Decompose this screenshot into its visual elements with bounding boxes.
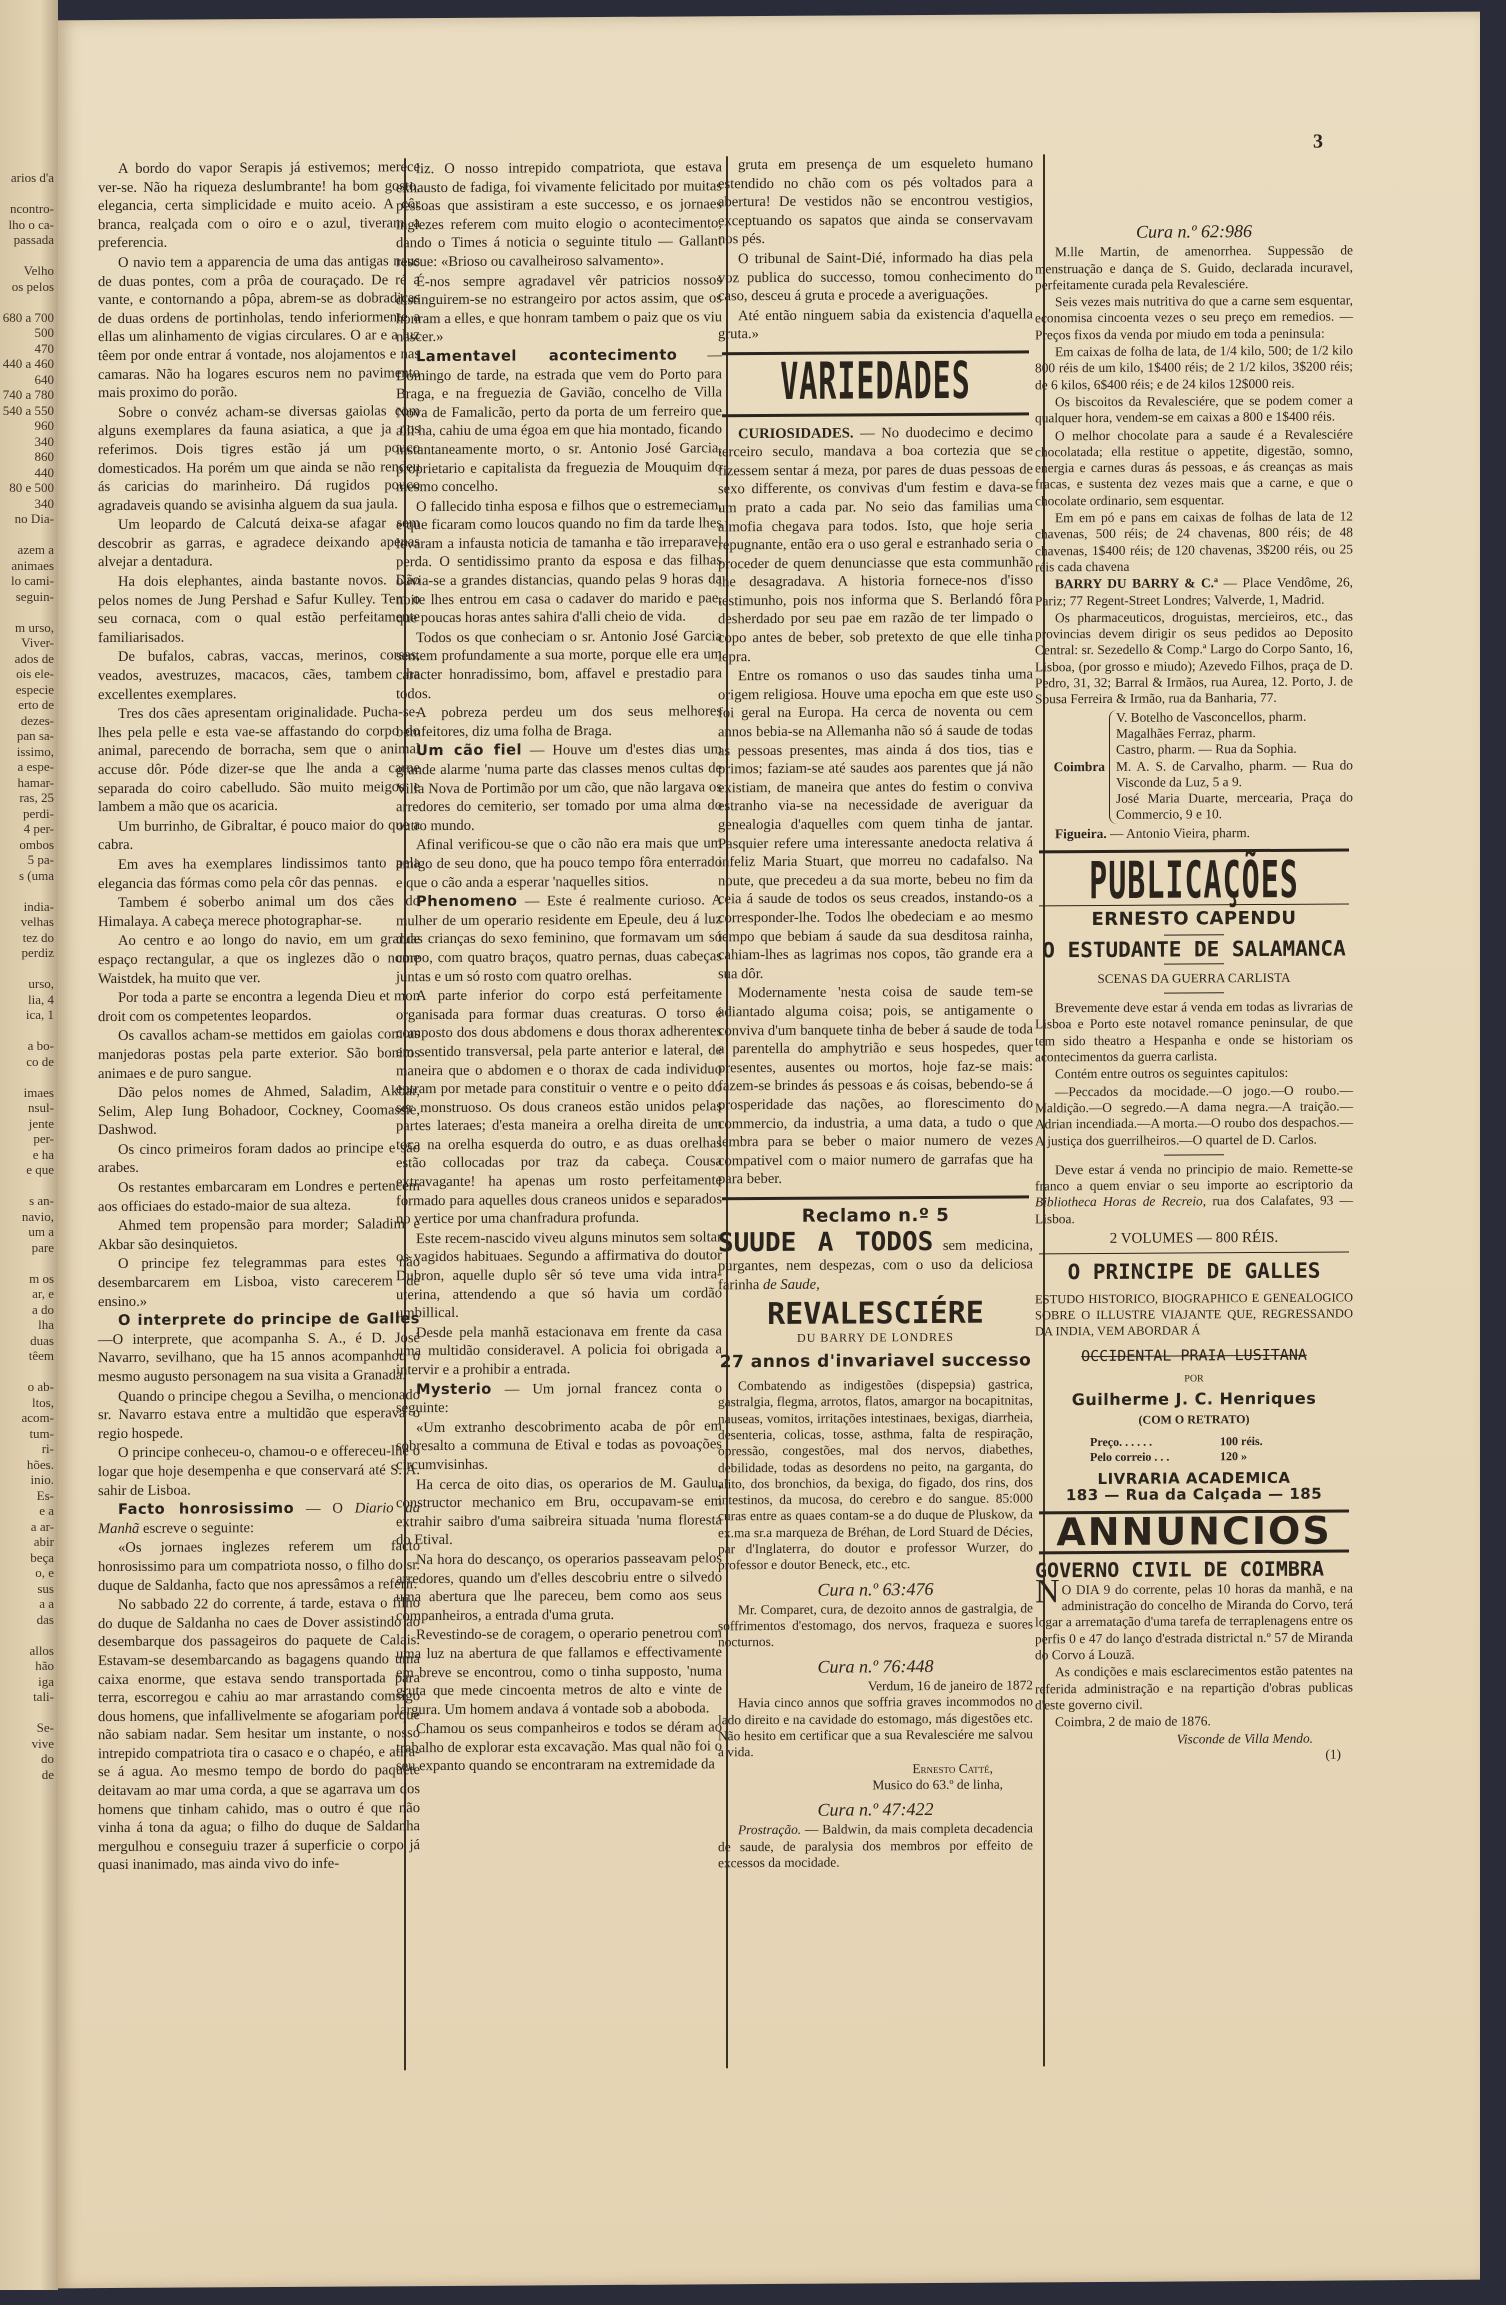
paragraph: Sobre o convéz acham-se diversas gaiolas… <box>98 402 420 516</box>
paragraph: Ha dois elephantes, ainda bastante novos… <box>98 571 420 647</box>
paragraph: «Os jornaes inglezes referem um facto ho… <box>98 1537 420 1595</box>
paragraph: Quando o principe chegou a Sevilha, o me… <box>98 1386 420 1444</box>
annuncio-date: Coimbra, 2 de maio de 1876. <box>1035 1713 1353 1731</box>
principe-desc: ESTUDO HISTORICO, BIOGRAPHICO E GENEALOG… <box>1035 1289 1353 1340</box>
paragraph: Modernamente 'nesta coisa de saude tem-s… <box>718 983 1033 1189</box>
paragraph: O navio tem a apparencia de uma das anti… <box>98 252 420 403</box>
publicacoes-title: PUBLICAÇÕES <box>1035 868 1353 898</box>
pharmaceuticos-text: Os pharmaceuticos, droguistas, mercieiro… <box>1035 608 1353 708</box>
paragraph: Os cavallos acham-se mettidos em gaiolas… <box>98 1025 420 1083</box>
paragraph: Os biscoitos da Revalesciére, que se pod… <box>1035 392 1353 427</box>
brand-subtitle: DU BARRY DE LONDRES <box>718 1327 1033 1348</box>
figueira-entry: Figueira. — Antonio Vieira, pharm. <box>1035 824 1353 842</box>
paragraph: Ha cerca de oito dias, os operarios de M… <box>396 1474 722 1550</box>
facto-article: Facto honrosissimo — O Diario da Manhã e… <box>98 1499 420 1538</box>
paragraph: Revestindo-se de coragem, o operario pen… <box>396 1625 722 1720</box>
paragraph: O fallecido tinha esposa e filhos que o … <box>396 496 722 628</box>
column-2: liz. O nosso intrepido compatriota, que … <box>396 158 722 1777</box>
column-4: Cura n.º 62:986 M.lle Martin, de amenorr… <box>1035 222 1353 1764</box>
paragraph: Os cinco primeiros foram dados ao princi… <box>98 1139 420 1178</box>
variedades-title: VARIEDADES <box>718 367 1033 401</box>
principe-title: O PRINCIPE DE GALLES <box>1035 1263 1353 1281</box>
paragraph: Em caixas de folha de lata, de 1/4 kilo,… <box>1035 343 1353 394</box>
paragraph: Entre os romanos o uso das saudes tinha … <box>718 666 1033 984</box>
page-number: 3 <box>1313 131 1323 154</box>
paragraph: A bordo do vapor Serapis já estivemos; m… <box>98 158 420 253</box>
column-3: gruta em presença de um esqueleto humano… <box>718 154 1033 1872</box>
paragraph: Seis vezes mais nutritiva do que a carne… <box>1035 293 1353 344</box>
paragraph: «Um extranho descobrimento acaba de pôr … <box>396 1417 722 1475</box>
paragraph: Tambem é soberbo animal um dos cães do H… <box>98 892 420 931</box>
interprete-article: O interprete do principe de Galles—O int… <box>98 1310 420 1386</box>
paragraph: O melhor chocolate para a saude é a Reva… <box>1035 426 1353 509</box>
pharmacy-entry: M. A. S. de Carvalho, pharm. — Rua do Vi… <box>1116 757 1353 791</box>
paragraph: Tres dos cães apresentam originalidade. … <box>98 703 420 817</box>
cao-fiel-heading: Um cão fiel <box>416 742 522 760</box>
paragraph: A parte inferior do corpo está perfeitam… <box>396 985 722 1229</box>
paragraph: Na hora do descanço, os operarios passea… <box>396 1549 722 1625</box>
curiosidades-article: CURIOSIDADES. — No duodecimo e decimo te… <box>718 423 1033 667</box>
lamentavel-article: Lamentavel acontecimento — Domingo de ta… <box>396 346 722 497</box>
paragraph: gruta em presença de um esqueleto humano… <box>718 154 1033 249</box>
lamentavel-heading: Lamentavel acontecimento <box>416 346 677 365</box>
paragraph: No sabbado 22 do corrente, á tarde, esta… <box>98 1594 420 1875</box>
book-author: ERNESTO CAPENDU <box>1035 911 1353 929</box>
paragraph: Por toda a parte se encontra a legenda D… <box>98 987 420 1026</box>
paragraph: Em aves ha exemplares lindissimos tanto … <box>98 854 420 893</box>
barry-address: BARRY DU BARRY & C.ª — Place Vendôme, 26… <box>1035 575 1353 610</box>
cao-fiel-article: Um cão fiel — Houve um d'estes dias um g… <box>396 741 722 836</box>
paragraph: De bufalos, cabras, vaccas, merinos, cor… <box>98 647 420 705</box>
divider <box>722 1195 1029 1200</box>
cure-62-title: Cura n.º 62:986 <box>1035 222 1353 240</box>
paragraph: Um burrinho, de Gibraltar, é pouco maior… <box>98 816 420 855</box>
principe-place: OCCIDENTAL PRAIA LUSITANA <box>1035 1346 1353 1364</box>
cure-title: Cura n.º 76:448 <box>718 1657 1033 1675</box>
phenomeno-article: Phenomeno — Este é realmente curioso. A … <box>396 891 722 986</box>
pharmacy-entry: Castro, pharm. — Rua da Sophia. <box>1116 741 1353 759</box>
cure-title: Cura n.º 47:422 <box>718 1801 1033 1819</box>
paragraph: Todos os que conheciam o sr. Antonio Jos… <box>396 627 722 703</box>
paragraph: Este recem-nascido viveu alguns minutos … <box>396 1228 722 1323</box>
cure-text: Prostração. — Baldwin, da mais completa … <box>718 1821 1033 1872</box>
paragraph: Até então ninguem sabia da existencia d'… <box>718 305 1033 344</box>
mysterio-article: Mysterio — Um jornal francez conta o seg… <box>396 1379 722 1418</box>
previous-page-edge: arios d'a ncontro- lho o ca- passada Vel… <box>0 0 58 2290</box>
interprete-heading: O interprete do principe de Galles <box>118 1310 420 1329</box>
paragraph: O tribunal de Saint-Dié, informado ha di… <box>718 248 1033 306</box>
paragraph: Em em pó e pans em caixas de folhas de l… <box>1035 508 1353 575</box>
reclamo-title: Reclamo n.º 5 <box>718 1206 1033 1227</box>
book-subtitle: SCENAS DA GUERRA CARLISTA <box>1035 969 1353 987</box>
price-row: Pelo correio . . .120 » <box>1090 1448 1353 1465</box>
annuncio-text: NO DIA 9 do corrente, pelas 10 horas da … <box>1035 1580 1353 1663</box>
column-1: A bordo do vapor Serapis já estivemos; m… <box>98 158 420 1876</box>
governo-civil-heading: GOVERNO CIVIL DE COIMBRA <box>1035 1560 1353 1578</box>
previous-page-fragments: arios d'a ncontro- lho o ca- passada Vel… <box>3 170 54 1782</box>
reclamo-headline: SUUDE A TODOS sem medicina, purgantes, n… <box>718 1233 1033 1295</box>
publisher-address: 183 — Rua da Calçada — 185 <box>1035 1485 1353 1503</box>
paragraph: O principe fez telegrammas para estes nã… <box>98 1254 420 1312</box>
paragraph: Desde pela manhã estacionava em frente d… <box>396 1322 722 1380</box>
brand-tagline: 27 annos d'invariavel successo <box>718 1352 1033 1373</box>
paragraph: Dão pelos nomes de Ahmed, Saladim, Akbar… <box>98 1082 420 1140</box>
revalesciere-body: Combatendo as indigestões (dispepsia) ga… <box>718 1376 1033 1573</box>
price-row: Preço. . . . . .100 réis. <box>1090 1433 1353 1450</box>
paragraph: liz. O nosso intrepido compatriota, que … <box>396 158 722 272</box>
divider <box>722 412 1029 417</box>
paragraph: Chamou os seus companheiros e todos se d… <box>396 1719 722 1777</box>
phenomeno-heading: Phenomeno <box>416 893 517 911</box>
pharmacy-entry: V. Botelho de Vasconcellos, pharm. <box>1116 708 1353 726</box>
book-title: O ESTUDANTE DE SALAMANCA <box>1035 940 1353 958</box>
revalesciere-brand: REVALESCIÉRE <box>718 1305 1033 1326</box>
cure-title: Cura n.º 63:476 <box>718 1580 1033 1598</box>
paragraph: Ao centro e ao longo do navio, em um gra… <box>98 930 420 988</box>
paragraph: Um leopardo de Calcutá deixa-se afagar s… <box>98 514 420 572</box>
cure-text: Havia cinco annos que soffria graves inc… <box>718 1694 1033 1761</box>
paragraph: É-nos sempre agradavel vêr patricios nos… <box>396 271 722 347</box>
coimbra-list: Coimbra V. Botelho de Vasconcellos, phar… <box>1035 708 1353 824</box>
principe-author: Guilherme J. C. Henriques <box>1035 1391 1353 1409</box>
annuncios-title: ANNUNCIOS <box>1035 1523 1353 1541</box>
serapis-article: A bordo do vapor Serapis já estivemos; m… <box>98 158 420 1311</box>
paragraph: A pobreza perdeu um dos seus melhores be… <box>396 703 722 742</box>
newspaper-page: 3 A bordo do vapor Serapis já estivemos;… <box>58 12 1480 2289</box>
paragraph: O principe conheceu-o, chamou-o e offere… <box>98 1443 420 1501</box>
annuncio-signature: Visconde de Villa Mendo. <box>1035 1730 1353 1748</box>
cure-text: Mr. Comparet, cura, de dezoito annos de … <box>718 1600 1033 1651</box>
mysterio-heading: Mysterio <box>416 1380 492 1397</box>
pharmacy-entry: Magalhães Ferraz, pharm. <box>1116 724 1353 742</box>
paragraph: Afinal verificou-se que o cão não era ma… <box>396 835 722 893</box>
cure-62-text: M.lle Martin, de amenorrhea. Suppessão d… <box>1035 243 1353 294</box>
facto-heading: Facto honrosissimo <box>118 1500 294 1518</box>
book-price: 2 VOLUMES — 800 RÉIS. <box>1035 1229 1353 1247</box>
pharmacy-entry: José Maria Duarte, mercearia, Praça do C… <box>1116 790 1353 824</box>
paragraph: Os restantes embarcaram em Londres e per… <box>98 1177 420 1216</box>
paragraph: Ahmed tem propensão para morder; Saladim… <box>98 1215 420 1254</box>
